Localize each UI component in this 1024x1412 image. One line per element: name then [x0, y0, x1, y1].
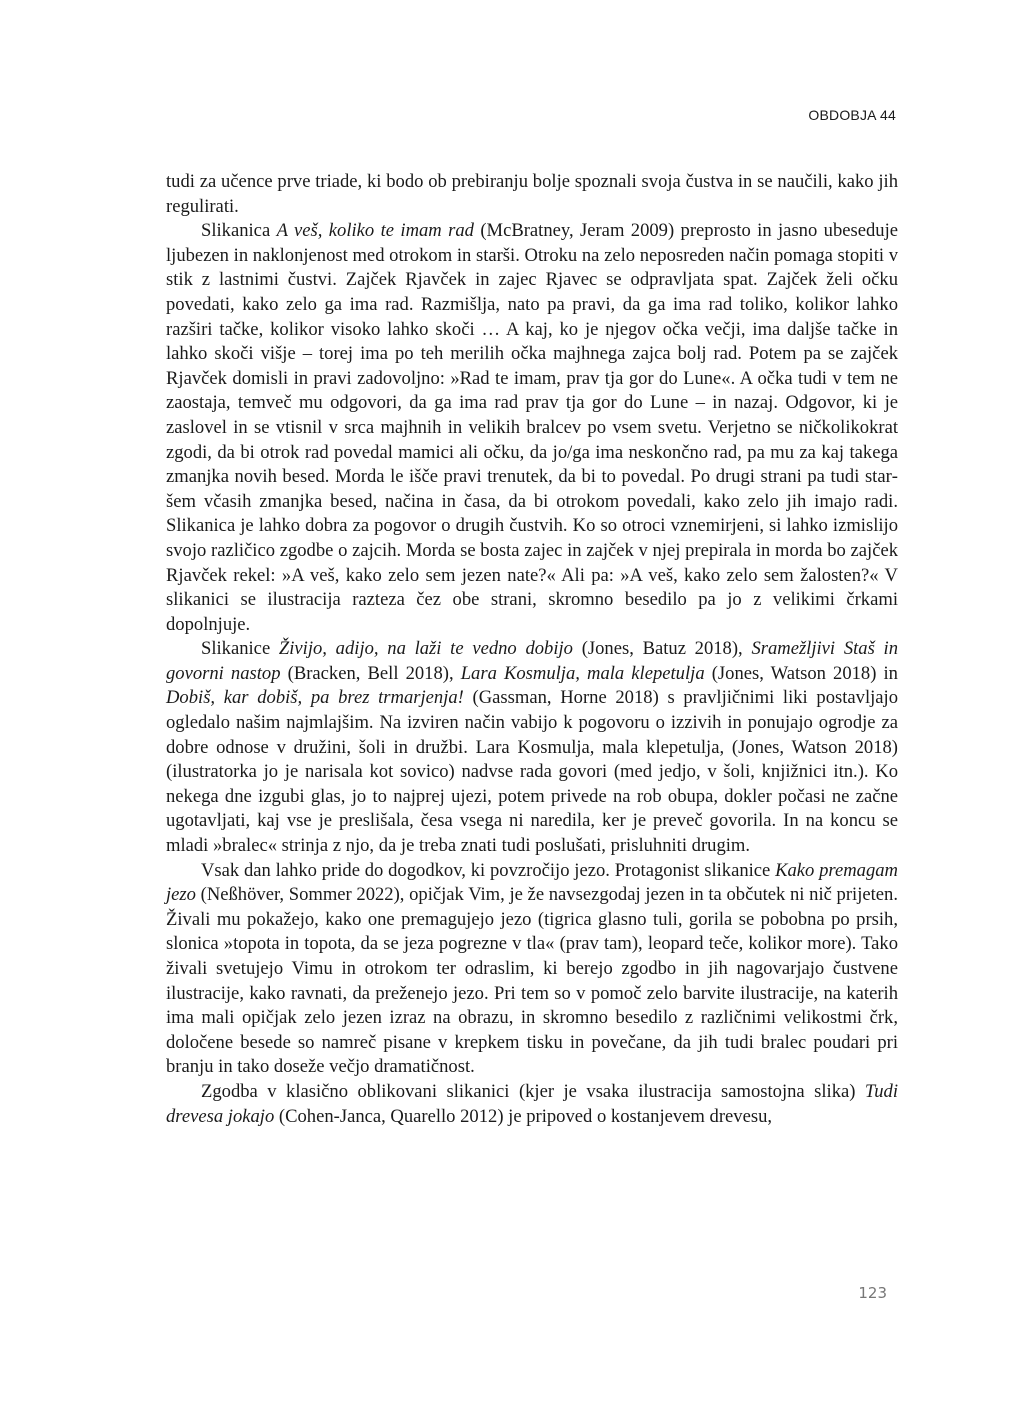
- text-segment: (Bracken, Bell 2018),: [281, 663, 461, 684]
- paragraph-1: tudi za učence prve triade, ki bodo ob p…: [166, 170, 898, 219]
- book-title: A veš, koliko te imam rad: [277, 220, 474, 241]
- text-segment: (Gassman, Horne 2018) s pravljičnimi lik…: [166, 687, 898, 856]
- book-title: Dobiš, kar dobiš, pa brez trmarjenja!: [166, 687, 464, 708]
- text-segment: (Jones, Batuz 2018),: [573, 638, 751, 659]
- text-segment: (Neßhöver, Sommer 2022), opičjak Vim, je…: [166, 884, 898, 1077]
- journal-title: OBDOBJA 44: [808, 107, 896, 123]
- text-segment: Slikanice: [201, 638, 279, 659]
- text-segment: (Cohen-Janca, Quarello 2012) je pripoved…: [274, 1106, 772, 1127]
- page-number: 123: [858, 1284, 887, 1302]
- running-header: OBDOBJA 44: [808, 107, 896, 123]
- text-segment: tudi za učence prve triade, ki bodo ob p…: [166, 171, 898, 217]
- book-title: Živijo, adijo, na laži te vedno dobijo: [279, 638, 573, 659]
- paragraph-2: Slikanica A veš, koliko te imam rad (McB…: [166, 219, 898, 637]
- text-segment: Vsak dan lahko pride do dogodkov, ki pov…: [201, 860, 775, 881]
- text-segment: (McBratney, Jeram 2009) preprosto in jas…: [166, 220, 898, 635]
- page-number-value: 123: [858, 1284, 887, 1302]
- paragraph-3: Slikanice Živijo, adijo, na laži te vedn…: [166, 637, 898, 858]
- body-text: tudi za učence prve triade, ki bodo ob p…: [166, 170, 898, 1129]
- paragraph-5: Zgodba v klasično oblikovani slikanici (…: [166, 1080, 898, 1129]
- text-segment: Zgodba v klasično oblikovani slikanici (…: [201, 1081, 865, 1102]
- book-title: Lara Kosmulja, mala klepetulja: [461, 663, 705, 684]
- text-segment: Slikanica: [201, 220, 277, 241]
- paragraph-4: Vsak dan lahko pride do dogodkov, ki pov…: [166, 859, 898, 1080]
- text-segment: (Jones, Watson 2018) in: [705, 663, 898, 684]
